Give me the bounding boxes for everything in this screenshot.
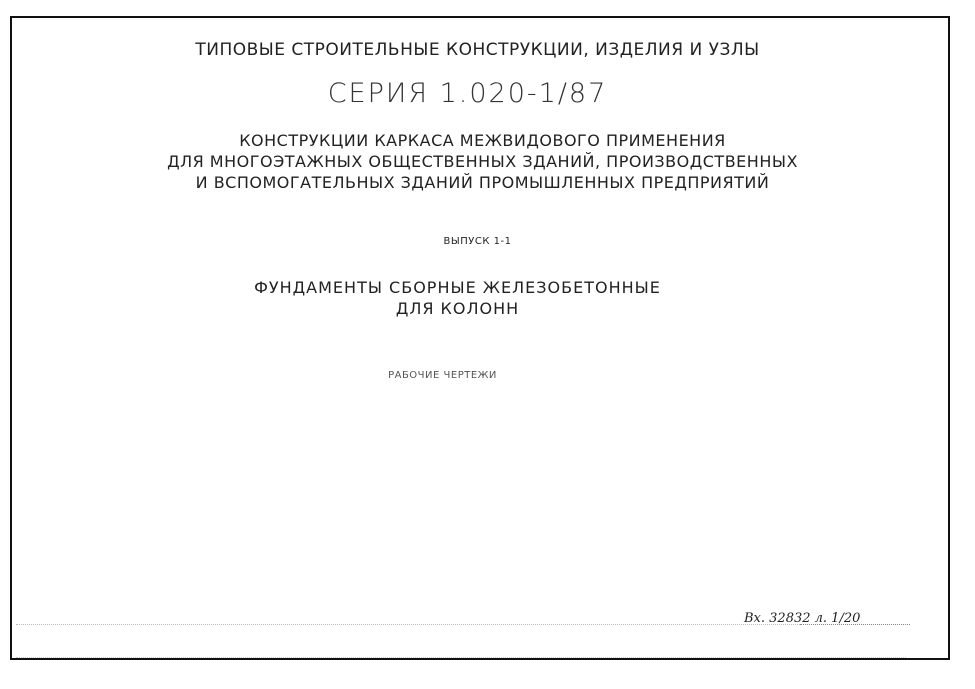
subtitle-line-2: ДЛЯ МНОГОЭТАЖНЫХ ОБЩЕСТВЕННЫХ ЗДАНИЙ, ПР…: [0, 152, 970, 171]
series-title: СЕРИЯ 1.020-1/87: [0, 78, 955, 109]
doc-type-label: РАБОЧИЕ ЧЕРТЕЖИ: [0, 370, 930, 381]
registration-stamp: Вх. 32832 л. 1/20: [744, 611, 860, 626]
title-line-1: ФУНДАМЕНТЫ СБОРНЫЕ ЖЕЛЕЗОБЕТОННЫЕ: [0, 278, 945, 297]
title-line-2: ДЛЯ КОЛОНН: [0, 299, 945, 318]
issue-label: ВЫПУСК 1-1: [0, 236, 965, 247]
subtitle-line-1: КОНСТРУКЦИИ КАРКАСА МЕЖВИДОВОГО ПРИМЕНЕН…: [0, 131, 970, 150]
scan-artifact-line: [16, 657, 906, 658]
drawing-frame: [10, 16, 950, 660]
header-text: ТИПОВЫЕ СТРОИТЕЛЬНЫЕ КОНСТРУКЦИИ, ИЗДЕЛИ…: [0, 40, 965, 60]
subtitle-line-3: И ВСПОМОГАТЕЛЬНЫХ ЗДАНИЙ ПРОМЫШЛЕННЫХ ПР…: [0, 173, 970, 192]
